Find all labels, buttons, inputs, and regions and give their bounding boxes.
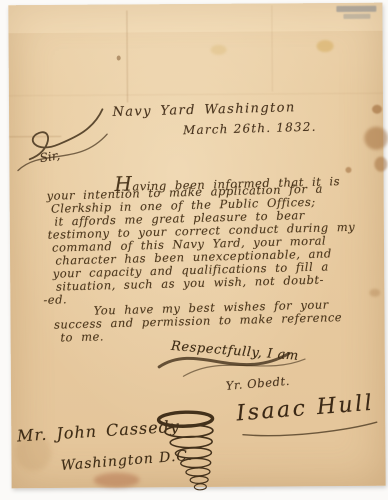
body-line: to me. (60, 329, 104, 344)
salutation-pen-flourish (10, 106, 120, 181)
letter-date-line: March 26th. 1832. (183, 120, 317, 137)
paper-sheet: Navy Yard Washington March 26th. 1832. S… (8, 3, 385, 489)
letter-photograph: Navy Yard Washington March 26th. 1832. S… (0, 0, 388, 500)
manuscript-text-layer: Navy Yard Washington March 26th. 1832. S… (4, 0, 388, 492)
spiral-pen-flourish (150, 406, 226, 500)
signature-underline-flourish (239, 419, 381, 441)
letter-place-line: Navy Yard Washington (112, 100, 296, 120)
body-line: -ed. (43, 292, 67, 307)
